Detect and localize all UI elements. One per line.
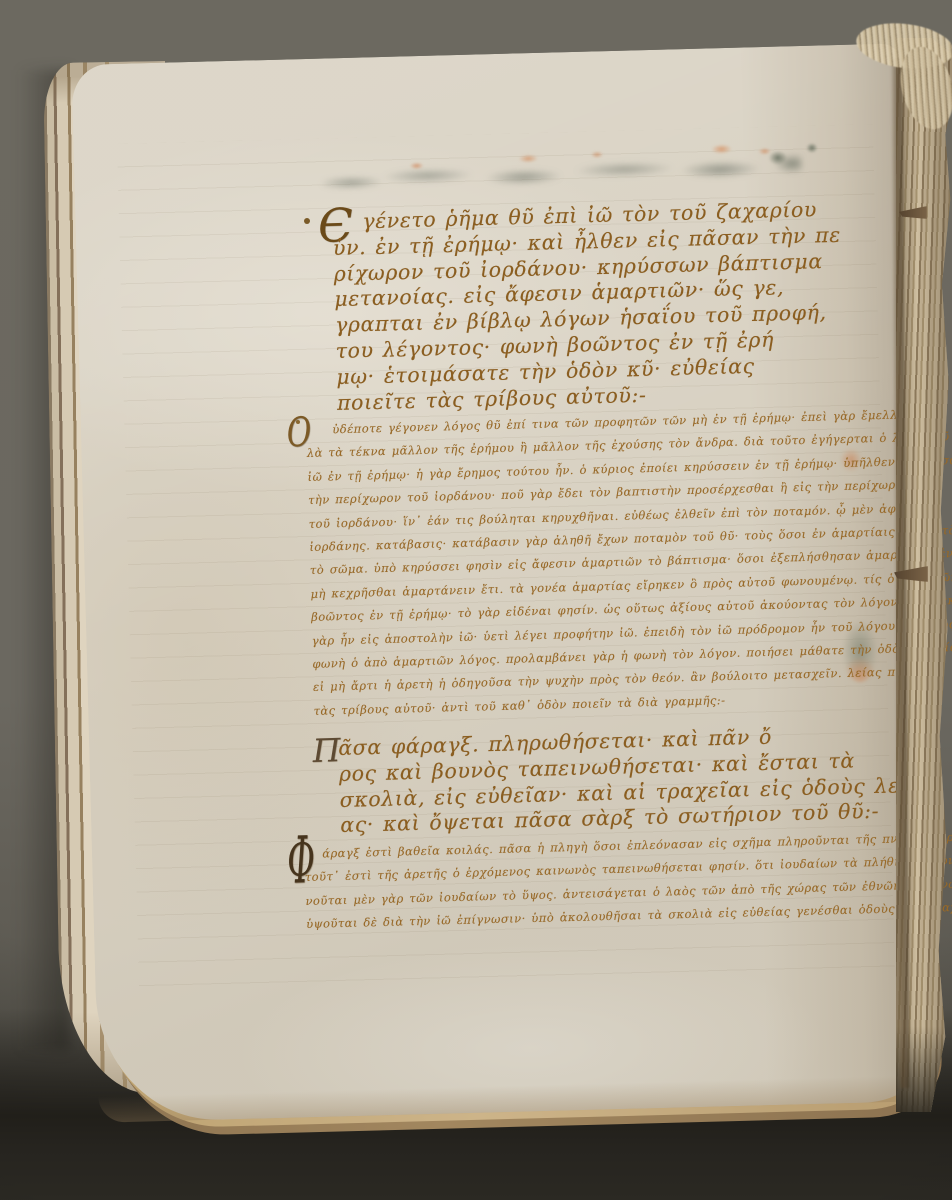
parchment-page — [71, 43, 933, 1122]
manuscript-photo: Є Ο Π Φ γένετο ῥῆμα θῦ ἐπὶ ἰῶ τὸν τοῦ ζα… — [0, 0, 952, 1200]
